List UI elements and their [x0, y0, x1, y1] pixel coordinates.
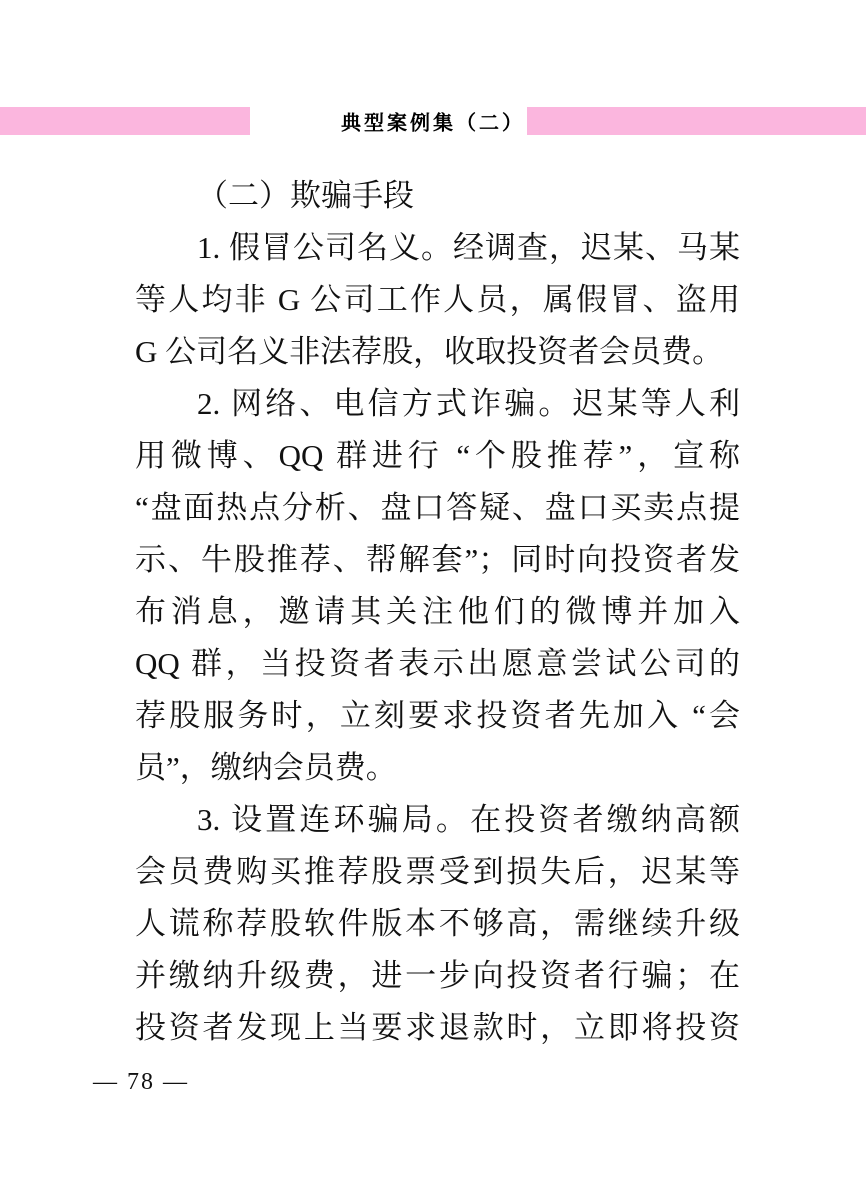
paragraphs-container: 1. 假冒公司名义。经调查，迟某、马某等人均非 G 公司工作人员，属假冒、盗用G… — [135, 222, 740, 1054]
text-line: 用微博、QQ 群进行 “个股推荐”，宣称 — [135, 430, 740, 482]
text-line: 荐股服务时，立刻要求投资者先加入 “会 — [135, 690, 740, 742]
text-line: 人谎称荐股软件版本不够高，需继续升级 — [135, 898, 740, 950]
page-header: 典型案例集（二） — [0, 107, 866, 135]
body-text: （二）欺骗手段 1. 假冒公司名义。经调查，迟某、马某等人均非 G 公司工作人员… — [135, 170, 740, 1054]
document-page: 典型案例集（二） （二）欺骗手段 1. 假冒公司名义。经调查，迟某、马某等人均非… — [0, 0, 866, 1189]
text-line: “盘面热点分析、盘口答疑、盘口买卖点提 — [135, 482, 740, 534]
text-line: 示、牛股推荐、帮解套”；同时向投资者发 — [135, 534, 740, 586]
page-number: — 78 — — [93, 1069, 189, 1095]
text-line: 1. 假冒公司名义。经调查，迟某、马某 — [135, 222, 740, 274]
text-line: 等人均非 G 公司工作人员，属假冒、盗用 — [135, 274, 740, 326]
paragraph: 3. 设置连环骗局。在投资者缴纳高额会员费购买推荐股票受到损失后，迟某等人谎称荐… — [135, 794, 740, 1054]
text-line: QQ 群，当投资者表示出愿意尝试公司的 — [135, 638, 740, 690]
text-line: 投资者发现上当要求退款时，立即将投资 — [135, 1002, 740, 1054]
text-line: 布消息，邀请其关注他们的微博并加入 — [135, 586, 740, 638]
running-head-title: 典型案例集（二） — [341, 107, 525, 136]
paragraph: 2. 网络、电信方式诈骗。迟某等人利用微博、QQ 群进行 “个股推荐”，宣称“盘… — [135, 378, 740, 794]
page-footer: — 78 — — [93, 1064, 189, 1100]
text-line: 员”，缴纳会员费。 — [135, 742, 740, 794]
text-line: 并缴纳升级费，进一步向投资者行骗；在 — [135, 950, 740, 1002]
text-line: 3. 设置连环骗局。在投资者缴纳高额 — [135, 794, 740, 846]
header-rule-right — [527, 107, 866, 135]
text-line: 会员费购买推荐股票受到损失后，迟某等 — [135, 846, 740, 898]
text-line: 2. 网络、电信方式诈骗。迟某等人利 — [135, 378, 740, 430]
section-heading: （二）欺骗手段 — [135, 170, 740, 222]
header-rule-left — [0, 107, 250, 135]
paragraph: 1. 假冒公司名义。经调查，迟某、马某等人均非 G 公司工作人员，属假冒、盗用G… — [135, 222, 740, 378]
text-line: G 公司名义非法荐股，收取投资者会员费。 — [135, 326, 740, 378]
